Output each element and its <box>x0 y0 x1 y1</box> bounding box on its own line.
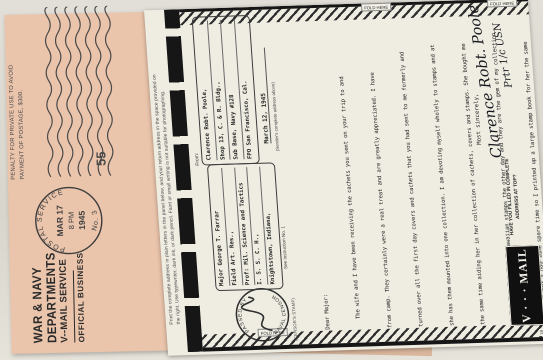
svg-text:No. 3: No. 3 <box>91 208 100 232</box>
vmail-logo: V · · · MAIL <box>516 248 533 323</box>
postmark-year-line: 1945 <box>77 211 87 230</box>
postmark-date-line: MAR 17 <box>54 205 65 237</box>
postmark-time-line: 8 PM <box>67 212 76 230</box>
penalty-notice: PENALTY FOR PRIVATE USE TO AVOID PAYMENT… <box>7 17 28 179</box>
censor-stamp-icon: PASSED BY NAVAL CENSOR <box>231 285 293 345</box>
sender-address-note: (Sender's complete address above) <box>270 82 280 151</box>
body-line: turned over all the first day covers and… <box>395 19 427 327</box>
letter-date: March 12, 1945 <box>257 48 272 144</box>
vmail-letter-sheet: Print the complete address in plain lett… <box>144 0 543 356</box>
body-line: she has them mounted into one collection… <box>426 18 458 326</box>
form-number: 18 <box>539 329 543 336</box>
from-address-panel: Clarence Robt. Poole, Shop 13, C. & R. B… <box>192 15 261 166</box>
censor-arc-bottom: NAVAL CENSOR <box>270 292 289 336</box>
postmark-stamp-icon: POSTAL SERVICE No. 3 MAR 17 8 PM 1945 <box>32 184 105 257</box>
fold-here-label: FOLD HERE <box>487 0 518 8</box>
from-label: From: <box>194 153 201 166</box>
fold-here-label: FOLD HERE <box>361 3 392 12</box>
to-address-panel: Major George T. Farrar Field Art. Res., … <box>207 162 284 291</box>
salutation: Dear Major: <box>302 22 334 330</box>
scan-background: WAR & NAVY DEPARTMENTS V--MAIL SERVICE O… <box>0 0 543 360</box>
vmail-logo-box: V · · · MAIL <box>505 245 543 326</box>
corner-card-rule <box>72 270 75 342</box>
corner-card-line: OFFICIAL BUSINESS <box>76 244 87 343</box>
corner-card-line: DEPARTMENTS <box>43 252 59 343</box>
svg-text:NAVAL CENSOR: NAVAL CENSOR <box>270 292 289 336</box>
body-line: from camp. They certainly were a real tr… <box>364 20 396 328</box>
postmark-arc-bottom: No. 3 <box>91 208 100 232</box>
cancel-number: 55 <box>93 151 108 166</box>
corner-card-line: V--MAIL SERVICE <box>58 244 71 343</box>
vmail-form: Print the complete address in plain lett… <box>144 0 543 353</box>
body-line: The wife and I have been receiving the c… <box>333 21 365 329</box>
return-address-corner-card: WAR & NAVY DEPARTMENTS V--MAIL SERVICE O… <box>29 244 87 344</box>
cancellation-wave-icon: 55 <box>42 5 124 177</box>
